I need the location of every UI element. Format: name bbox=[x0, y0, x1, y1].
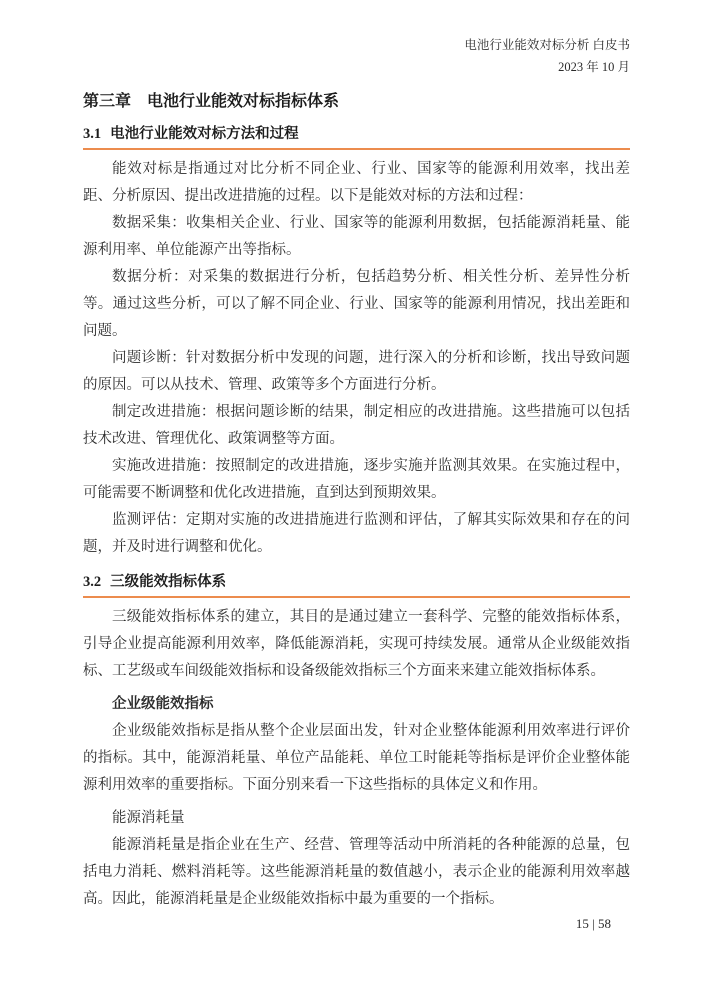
subheading-enterprise-indicators: 企业级能效指标 bbox=[83, 691, 630, 718]
section-number: 3.1 bbox=[83, 126, 101, 142]
section-heading-3-2: 3.2三级能效指标体系 bbox=[83, 573, 630, 591]
body-paragraph: 数据采集：收集相关企业、行业、国家等的能源利用数据，包括能源消耗量、能源利用率、… bbox=[83, 210, 630, 264]
section-number: 3.2 bbox=[83, 574, 101, 590]
subheading-energy-consumption: 能源消耗量 bbox=[83, 805, 630, 832]
section-heading-3-1: 3.1电池行业能效对标方法和过程 bbox=[83, 125, 630, 143]
section-title: 电池行业能效对标方法和过程 bbox=[110, 126, 299, 142]
header-doc-date: 2023 年 10 月 bbox=[83, 56, 630, 78]
body-paragraph: 能源消耗量是指企业在生产、经营、管理等活动中所消耗的各种能源的总量，包括电力消耗… bbox=[83, 832, 630, 913]
page-header: 电池行业能效对标分析 白皮书 2023 年 10 月 bbox=[83, 34, 630, 78]
body-paragraph: 数据分析：对采集的数据进行分析，包括趋势分析、相关性分析、差异性分析等。通过这些… bbox=[83, 264, 630, 345]
chapter-title: 第三章 电池行业能效对标指标体系 bbox=[83, 92, 630, 112]
section-3-2-body: 三级能效指标体系的建立，其目的是通过建立一套科学、完整的能效指标体系，引导企业提… bbox=[83, 604, 630, 913]
section-title: 三级能效指标体系 bbox=[110, 574, 226, 590]
body-paragraph: 实施改进措施：按照制定的改进措施，逐步实施并监测其效果。在实施过程中，可能需要不… bbox=[83, 453, 630, 507]
section-divider-rule bbox=[83, 148, 630, 150]
section-divider-rule bbox=[83, 596, 630, 598]
body-paragraph: 制定改进措施：根据问题诊断的结果，制定相应的改进措施。这些措施可以包括技术改进、… bbox=[83, 399, 630, 453]
body-paragraph: 企业级能效指标是指从整个企业层面出发，针对企业整体能源利用效率进行评价的指标。其… bbox=[83, 718, 630, 799]
section-3-1-body: 能效对标是指通过对比分析不同企业、行业、国家等的能源利用效率，找出差距、分析原因… bbox=[83, 156, 630, 561]
page-number: 15 | 58 bbox=[576, 916, 611, 932]
body-paragraph: 三级能效指标体系的建立，其目的是通过建立一套科学、完整的能效指标体系，引导企业提… bbox=[83, 604, 630, 685]
document-page: 电池行业能效对标分析 白皮书 2023 年 10 月 第三章 电池行业能效对标指… bbox=[0, 0, 710, 1004]
body-paragraph: 问题诊断：针对数据分析中发现的问题，进行深入的分析和诊断，找出导致问题的原因。可… bbox=[83, 345, 630, 399]
header-doc-title: 电池行业能效对标分析 白皮书 bbox=[83, 34, 630, 56]
body-paragraph: 能效对标是指通过对比分析不同企业、行业、国家等的能源利用效率，找出差距、分析原因… bbox=[83, 156, 630, 210]
body-paragraph: 监测评估：定期对实施的改进措施进行监测和评估，了解其实际效果和存在的问题，并及时… bbox=[83, 507, 630, 561]
